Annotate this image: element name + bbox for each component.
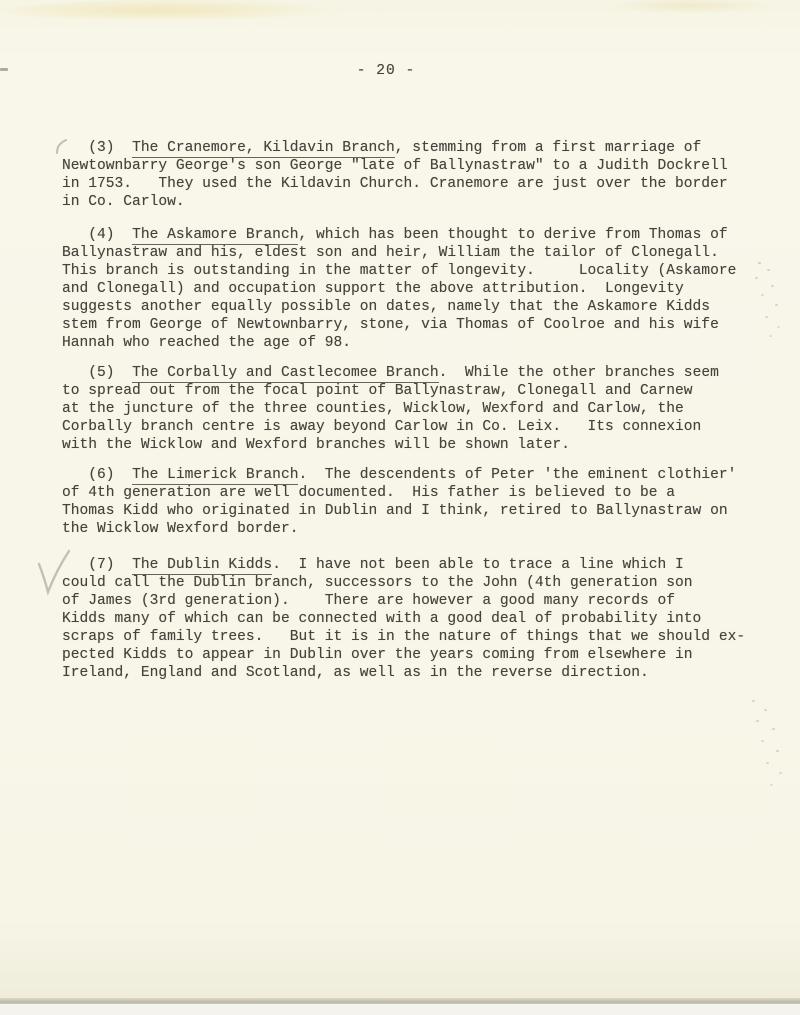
scan-background bbox=[0, 1004, 800, 1015]
pencil-tick-icon bbox=[57, 140, 66, 153]
pencil-checkmark-icon bbox=[39, 551, 69, 592]
pencil-annotations-layer bbox=[0, 0, 800, 1015]
scanned-document-page: { "page": { "number_label": "- 20 -" }, … bbox=[0, 0, 800, 1015]
